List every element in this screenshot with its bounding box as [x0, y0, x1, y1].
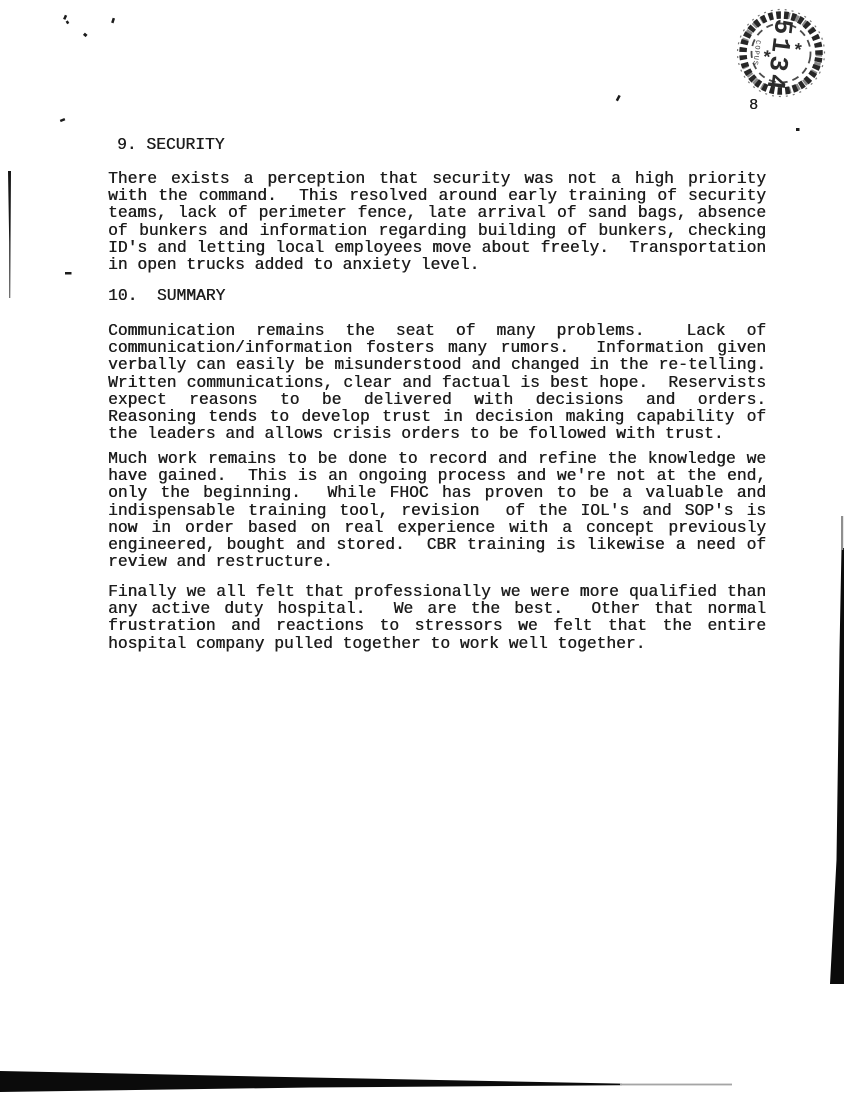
section-10-paragraph-3: Finally we all felt that professionally …	[108, 583, 766, 652]
section-10-paragraph-2: Much work remains to be done to record a…	[108, 450, 766, 570]
text-line: communication/information fosters many r…	[108, 339, 766, 356]
text-line: Communication remains the seat of many p…	[108, 322, 766, 339]
document-page: 5134 * * COPUS 8 9. SECURITY There exi	[0, 0, 850, 1097]
text-column: 9. SECURITY There exists a perception th…	[108, 136, 766, 652]
stamp-number: 5134	[759, 17, 798, 95]
left-margin-scan-line	[8, 171, 11, 298]
text-line: have gained. This is an ongoing process …	[108, 467, 766, 484]
stamp-letter-ring-2	[727, 0, 834, 107]
section-10-paragraph-1: Communication remains the seat of many p…	[108, 322, 766, 442]
text-line: teams, lack of perimeter fence, late arr…	[108, 204, 766, 221]
text-line: verbally can easily be misunderstood and…	[108, 356, 766, 373]
text-line: in open trucks added to anxiety level.	[108, 256, 766, 273]
stamp: 5134 * * COPUS	[721, 0, 840, 113]
bottom-scan-wedge-tail	[620, 1084, 732, 1086]
section-10-heading: 10. SUMMARY	[108, 287, 766, 304]
text-line: hospital company pulled together to work…	[108, 635, 766, 652]
section-9-heading: 9. SECURITY	[108, 136, 766, 153]
right-edge-scan-bar-tip	[841, 516, 843, 550]
text-line: engineered, bought and stored. CBR train…	[108, 536, 766, 553]
stamp-left-star: *	[760, 49, 773, 70]
page-number: 8	[749, 98, 758, 114]
text-line: the leaders and allows crisis orders to …	[108, 425, 766, 442]
text-line: ID's and letting local employees move ab…	[108, 239, 766, 256]
text-line: Written communications, clear and factua…	[108, 374, 766, 391]
text-line: review and restructure.	[108, 553, 766, 570]
text-line: Much work remains to be done to record a…	[108, 450, 766, 467]
stamp-letter-ring	[739, 11, 824, 96]
text-line: frustration and reactions to stressors w…	[108, 617, 766, 634]
text-line: of bunkers and information regarding bui…	[108, 222, 766, 239]
text-line: indispensable training tool, revision of…	[108, 502, 766, 519]
stamp-right-star: *	[791, 41, 804, 62]
stamp-side-text: COPUS	[750, 40, 761, 67]
text-line: expect reasons to be delivered with deci…	[108, 391, 766, 408]
text-line: only the beginning. While FHOC has prove…	[108, 484, 766, 501]
text-line: now in order based on real experience wi…	[108, 519, 766, 536]
text-line: There exists a perception that security …	[108, 170, 766, 187]
stamp-outer-ring	[733, 5, 830, 102]
text-line: any active duty hospital. We are the bes…	[108, 600, 766, 617]
section-9-paragraph-1: There exists a perception that security …	[108, 170, 766, 273]
text-line: Reasoning tends to develop trust in deci…	[108, 408, 766, 425]
right-edge-scan-bar	[830, 548, 844, 984]
text-line: Finally we all felt that professionally …	[108, 583, 766, 600]
text-line: with the command. This resolved around e…	[108, 187, 766, 204]
stamp-inner-ring	[748, 20, 814, 86]
bottom-scan-wedge	[0, 1071, 622, 1092]
